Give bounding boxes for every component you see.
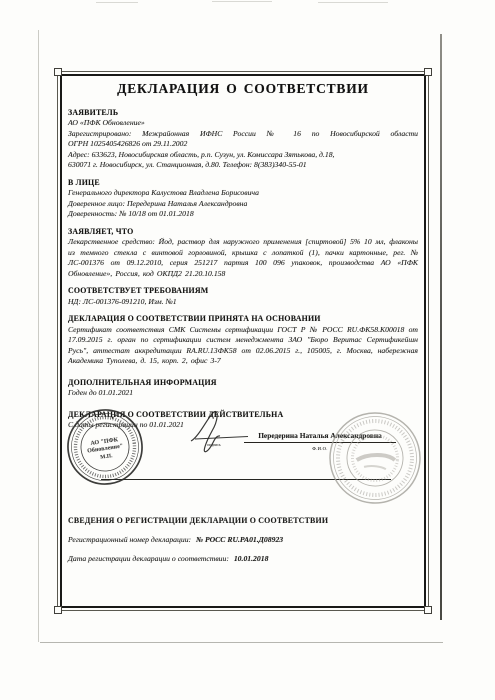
frame-corner-ornament — [424, 606, 432, 614]
signature-icon: подпись — [181, 405, 253, 461]
document-title: ДЕКЛАРАЦИЯ О СООТВЕТСТВИИ — [68, 84, 418, 95]
applicant-address-2: 630071 г. Новосибирск, ул. Станционная, … — [68, 160, 418, 171]
scan-speck — [96, 2, 138, 3]
scan-speck — [318, 2, 388, 3]
company-stamp-icon: АО "ПФК Обновление" М.П. — [60, 401, 150, 491]
in-person-header: В ЛИЦЕ — [68, 178, 418, 189]
section-registration: СВЕДЕНИЯ О РЕГИСТРАЦИИ ДЕКЛАРАЦИИ О СООТ… — [68, 516, 418, 565]
scan-speck — [212, 1, 272, 2]
in-person-trustee: Доверенное лицо: Передерина Наталья Алек… — [68, 199, 418, 210]
registration-date-value: 10.01.2018 — [234, 554, 269, 563]
section-applicant: ЗАЯВИТЕЛЬ АО «ПФК Обновление» Зарегистри… — [68, 108, 418, 171]
registration-number-value: № РОСС RU.РА01.Д08923 — [196, 535, 283, 544]
basis-body: Сертификат соответствия СМК Системы серт… — [68, 325, 418, 367]
frame-corner-ornament — [424, 68, 432, 76]
declares-header: ЗАЯВЛЯЕТ, ЧТО — [68, 227, 418, 238]
document-border-frame: ДЕКЛАРАЦИЯ О СООТВЕТСТВИИ ЗАЯВИТЕЛЬ АО «… — [57, 71, 429, 611]
certification-stamp-icon — [322, 405, 428, 511]
in-person-poa: Доверенность: № 10/18 от 01.01.2018 — [68, 209, 418, 220]
svg-text:М.П.: М.П. — [100, 452, 114, 460]
page-edge-left — [38, 30, 39, 642]
section-declares: ЗАЯВЛЯЕТ, ЧТО Лекарственное средство: Йо… — [68, 227, 418, 280]
additional-line: Годен до 01.01.2021 — [68, 388, 418, 399]
registration-number-line: Регистрационный номер декларации: № РОСС… — [68, 535, 418, 546]
registration-header: СВЕДЕНИЯ О РЕГИСТРАЦИИ ДЕКЛАРАЦИИ О СООТ… — [68, 516, 418, 527]
frame-corner-ornament — [54, 606, 62, 614]
additional-header: ДОПОЛНИТЕЛЬНАЯ ИНФОРМАЦИЯ — [68, 378, 418, 389]
applicant-registered: Зарегистрировано: Межрайонная ИФНС Росси… — [68, 129, 418, 140]
applicant-ogrn: ОГРН 1025405426826 от 29.11.2002 — [68, 139, 418, 150]
registration-date-label: Дата регистрации декларации о соответств… — [68, 554, 229, 563]
applicant-header: ЗАЯВИТЕЛЬ — [68, 108, 418, 119]
applicant-name: АО «ПФК Обновление» — [68, 118, 418, 129]
section-basis: ДЕКЛАРАЦИЯ О СООТВЕТСТВИИ ПРИНЯТА НА ОСН… — [68, 314, 418, 367]
frame-corner-ornament — [54, 68, 62, 76]
signature-area: АО "ПФК Обновление" М.П. подпись Передер… — [68, 433, 418, 507]
registration-number-label: Регистрационный номер декларации: — [68, 535, 191, 544]
document-content: ДЕКЛАРАЦИЯ О СООТВЕТСТВИИ ЗАЯВИТЕЛЬ АО «… — [68, 81, 418, 604]
in-person-director: Генерального директора Калустова Владлен… — [68, 188, 418, 199]
complies-line: НД: ЛС-001376-091210, Изм. №1 — [68, 297, 418, 308]
registration-date-line: Дата регистрации декларации о соответств… — [68, 554, 418, 565]
declares-body: Лекарственное средство: Йод, раствор для… — [68, 237, 418, 279]
applicant-address-1: Адрес: 633623, Новосибирская область, р.… — [68, 150, 418, 161]
complies-header: СООТВЕТСТВУЕТ ТРЕБОВАНИЯМ — [68, 286, 418, 297]
basis-header: ДЕКЛАРАЦИЯ О СООТВЕТСТВИИ ПРИНЯТА НА ОСН… — [68, 314, 418, 325]
page-edge-right — [440, 34, 442, 620]
section-additional: ДОПОЛНИТЕЛЬНАЯ ИНФОРМАЦИЯ Годен до 01.01… — [68, 378, 418, 399]
section-complies: СООТВЕТСТВУЕТ ТРЕБОВАНИЯМ НД: ЛС-001376-… — [68, 286, 418, 307]
page-edge-bottom — [40, 642, 443, 643]
svg-text:подпись: подпись — [207, 443, 221, 447]
section-in-person: В ЛИЦЕ Генерального директора Калустова … — [68, 178, 418, 220]
